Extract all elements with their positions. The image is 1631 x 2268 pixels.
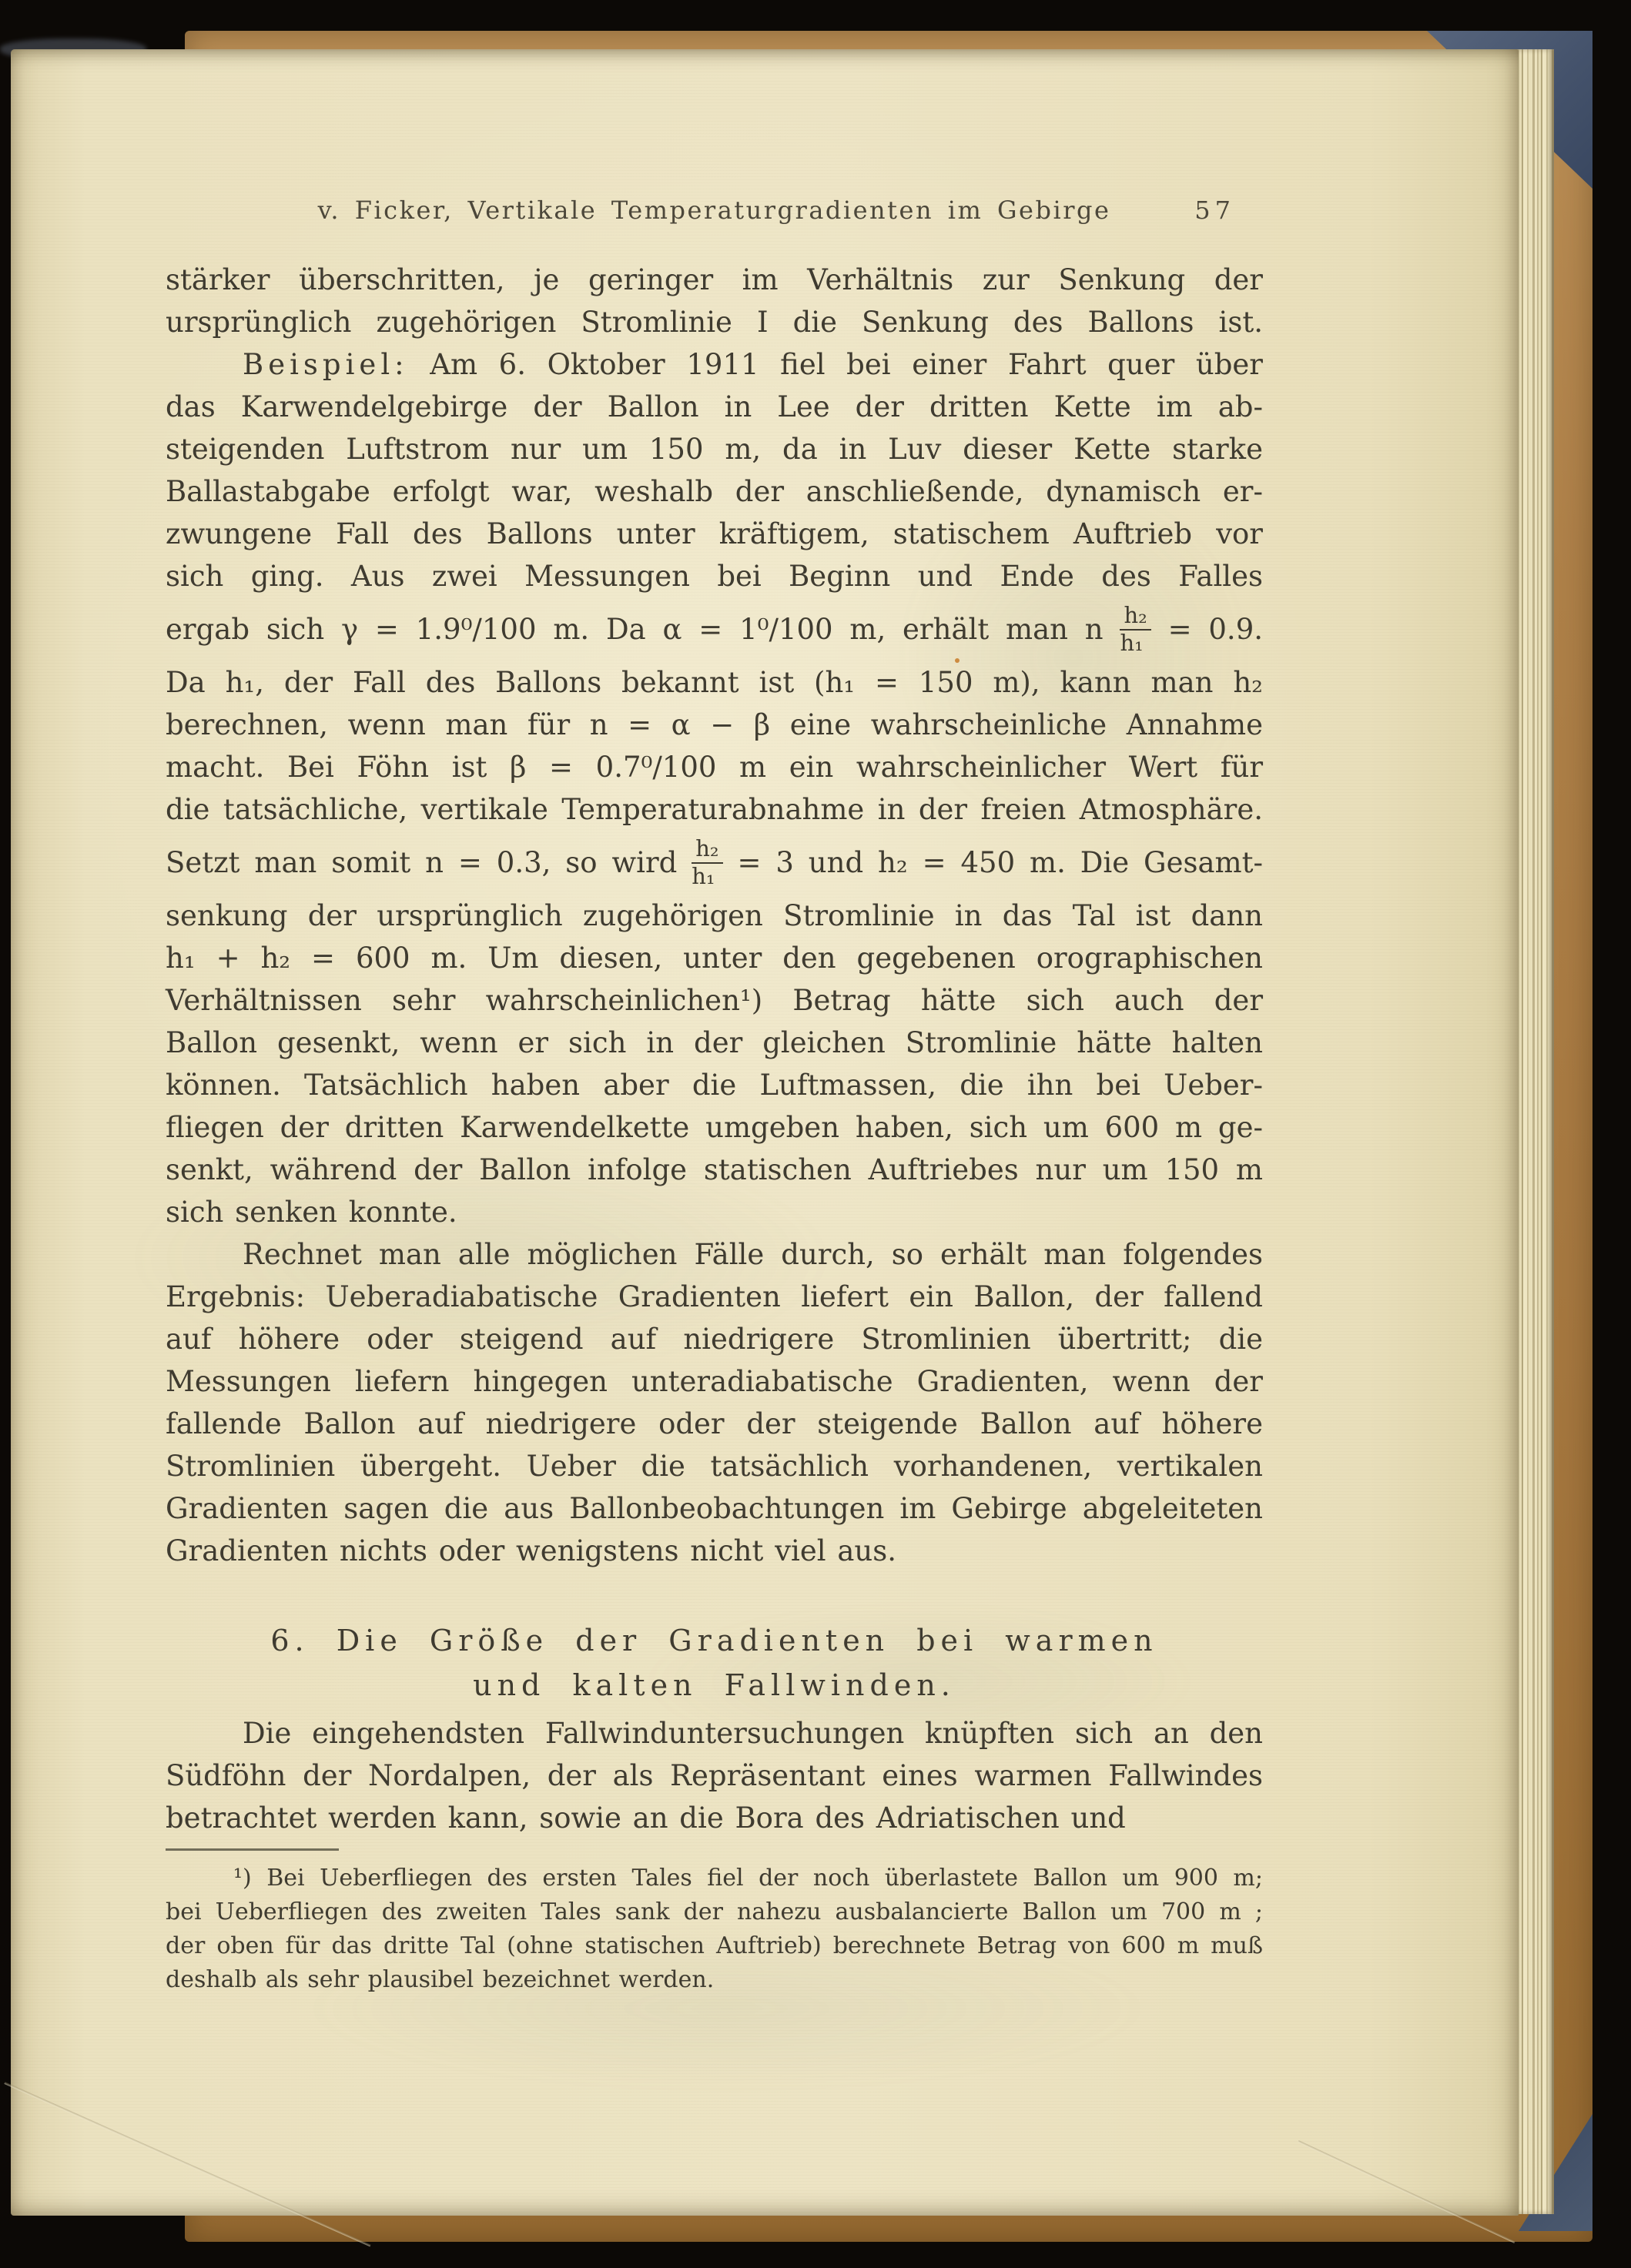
text-line: können. Tatsächlich haben aber die Luftm… (166, 1064, 1263, 1106)
text-line: Da h₁, der Fall des Ballons bekannt ist … (166, 661, 1263, 704)
fraction: h₂h₁ (692, 837, 722, 888)
text-line: Die eingehendsten Fallwinduntersuchungen… (166, 1712, 1263, 1755)
text-line: h₁ + h₂ = 600 m. Um diesen, unter den ge… (166, 937, 1263, 979)
running-header: v. Ficker, Vertikale Temperaturgradiente… (166, 192, 1263, 228)
text-line: fallende Ballon auf niedrigere oder der … (166, 1403, 1263, 1445)
page-number: 57 (1194, 192, 1235, 228)
text-segment: Beispiel: (243, 348, 409, 381)
text-line: ursprünglich zugehörigen Stromlinie I di… (166, 301, 1263, 343)
text-line: Beispiel: Am 6. Oktober 1911 fiel bei ei… (166, 343, 1263, 386)
text-line: das Karwendelgebirge der Ballon in Lee d… (166, 386, 1263, 428)
text-line: Stromlinien übergeht. Ueber die tatsächl… (166, 1445, 1263, 1487)
text-line: Gradienten sagen die aus Ballonbeobachtu… (166, 1487, 1263, 1530)
text-line: zwungene Fall des Ballons unter kräftige… (166, 513, 1263, 555)
section-heading: 6. Die Größe der Gradienten bei warmen u… (166, 1618, 1263, 1708)
text-line: steigenden Luftstrom nur um 150 m, da in… (166, 428, 1263, 470)
text-line: Verhältnissen sehr wahrscheinlichen¹) Be… (166, 979, 1263, 1022)
fraction: h₂h₁ (1120, 604, 1150, 655)
text-segment: Am 6. Oktober 1911 fiel bei einer Fahrt … (409, 348, 1263, 381)
page-edge-stack (1515, 49, 1554, 2214)
running-header-title: v. Ficker, Vertikale Temperaturgradiente… (318, 196, 1111, 225)
text-line: macht. Bei Föhn ist β = 0.7⁰/100 m ein w… (166, 746, 1263, 788)
text-segment: ergab sich γ = 1.9⁰/100 m. Da α = 1⁰/100… (166, 613, 1120, 646)
text-line: bei Ueberfliegen des zweiten Tales sank … (166, 1895, 1263, 1929)
text-line: Rechnet man alle möglichen Fälle durch, … (166, 1233, 1263, 1276)
footnote-rule (166, 1848, 339, 1851)
text-line: sich ging. Aus zwei Messungen bei Beginn… (166, 555, 1263, 597)
text-line: Setzt man somit n = 0.3, so wird h₂h₁ = … (166, 831, 1263, 895)
body-text: stärker überschritten, je geringer im Ve… (166, 259, 1263, 1572)
text-line: senkt, während der Ballon infolge statis… (166, 1149, 1263, 1191)
scanned-book-photo: v. Ficker, Vertikale Temperaturgradiente… (0, 0, 1631, 2268)
footnote: ¹) Bei Ueberfliegen des ersten Tales fie… (166, 1862, 1263, 1997)
heading-line-1: 6. Die Größe der Gradienten bei warmen (166, 1618, 1263, 1663)
text-segment: Setzt man somit n = 0.3, so wird (166, 846, 692, 879)
book-page: v. Ficker, Vertikale Temperaturgradiente… (11, 49, 1519, 2216)
text-segment: = 3 und h₂ = 450 m. Die Gesamt- (723, 846, 1263, 879)
text-line: die tatsächliche, vertikale Temperaturab… (166, 788, 1263, 831)
text-line: betrachtet werden kann, sowie an die Bor… (166, 1797, 1263, 1839)
text-line: ¹) Bei Ueberfliegen des ersten Tales fie… (166, 1862, 1263, 1895)
text-line: ergab sich γ = 1.9⁰/100 m. Da α = 1⁰/100… (166, 597, 1263, 661)
text-line: Ergebnis: Ueberadiabatische Gradienten l… (166, 1276, 1263, 1318)
text-line: sich senken konnte. (166, 1191, 1263, 1233)
text-line: senkung der ursprünglich zugehörigen Str… (166, 895, 1263, 937)
text-line: Südföhn der Nordalpen, der als Repräsent… (166, 1755, 1263, 1797)
text-line: Ballastabgabe erfolgt war, weshalb der a… (166, 470, 1263, 513)
page-text: v. Ficker, Vertikale Temperaturgradiente… (166, 192, 1263, 1997)
text-line: fliegen der dritten Karwendelkette umgeb… (166, 1106, 1263, 1149)
text-line: auf höhere oder steigend auf niedrigere … (166, 1318, 1263, 1360)
text-line: deshalb als sehr plausibel bezeichnet we… (166, 1963, 1263, 1997)
text-line: berechnen, wenn man für n = α − β eine w… (166, 704, 1263, 746)
text-line: Messungen liefern hingegen unteradiabati… (166, 1360, 1263, 1403)
text-line: Gradienten nichts oder wenigstens nicht … (166, 1530, 1263, 1572)
paragraph-after-heading: Die eingehendsten Fallwinduntersuchungen… (166, 1712, 1263, 1839)
text-segment: = 0.9. (1151, 613, 1263, 646)
text-line: der oben für das dritte Tal (ohne statis… (166, 1929, 1263, 1963)
text-line: Ballon gesenkt, wenn er sich in der glei… (166, 1022, 1263, 1064)
heading-line-2: und kalten Fallwinden. (166, 1663, 1263, 1708)
text-line: stärker überschritten, je geringer im Ve… (166, 259, 1263, 301)
